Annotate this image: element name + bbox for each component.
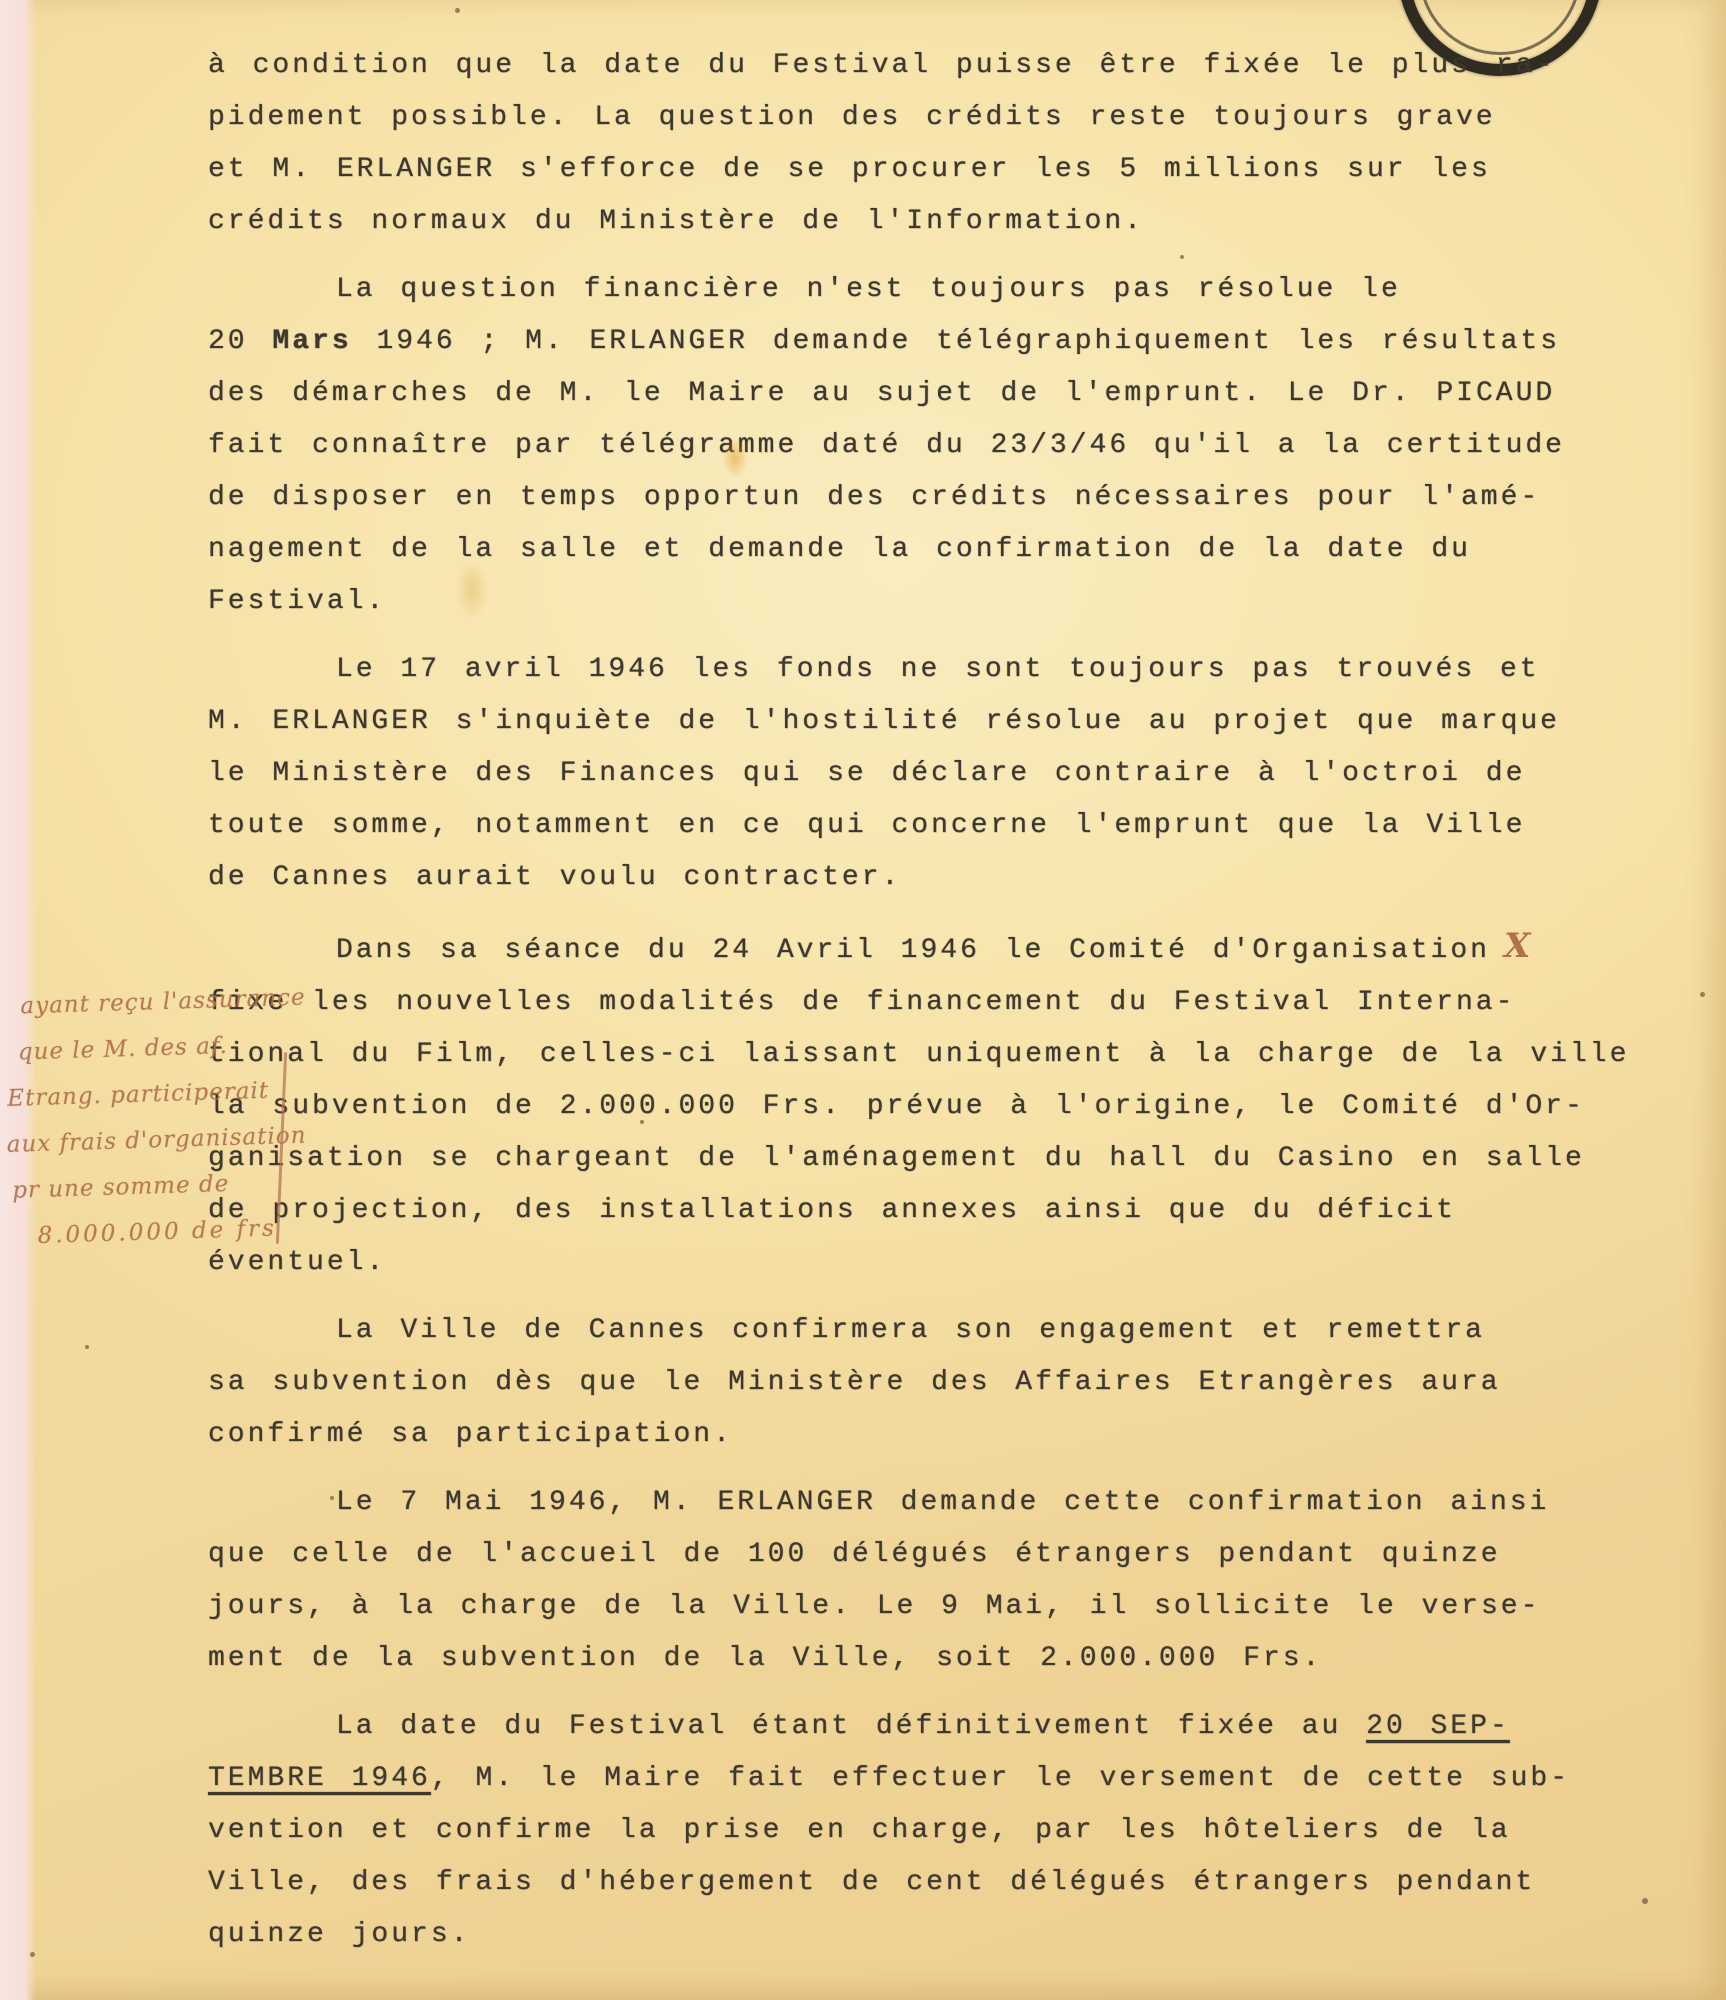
- document-page: à condition que la date du Festival puis…: [0, 0, 1726, 2000]
- paragraph: La question financière n'est toujours pa…: [208, 264, 1670, 628]
- text-line: de Cannes aurait voulu contracter.: [208, 852, 1670, 904]
- text-line: 20 Mars 1946 ; M. ERLANGER demande télég…: [208, 316, 1670, 368]
- text-segment: le Ministère des Finances qui se déclare…: [208, 758, 1525, 789]
- text-segment: ganisation se chargeant de l'aménagement…: [208, 1143, 1585, 1174]
- text-segment: la subvention de 2.000.000 Frs. prévue à…: [208, 1091, 1585, 1122]
- text-segment: Le 17 avril 1946 les fonds ne sont toujo…: [336, 654, 1540, 685]
- text-line: jours, à la charge de la Ville. Le 9 Mai…: [208, 1581, 1670, 1633]
- paper-speck: [30, 1952, 35, 1957]
- text-segment: toute somme, notamment en ce qui concern…: [208, 810, 1525, 841]
- paragraph: Le 7 Mai 1946, M. ERLANGER demande cette…: [208, 1477, 1670, 1685]
- text-line: de disposer en temps opportun des crédit…: [208, 472, 1670, 524]
- text-segment: Le 7 Mai 1946, M. ERLANGER demande cette…: [336, 1487, 1549, 1518]
- text-line: toute somme, notamment en ce qui concern…: [208, 800, 1670, 852]
- text-segment: La Ville de Cannes confirmera son engage…: [336, 1315, 1485, 1346]
- text-segment: fixe les nouvelles modalités de financem…: [208, 987, 1515, 1018]
- text-segment: pidement possible. La question des crédi…: [208, 102, 1496, 133]
- text-segment: La date du Festival étant définitivement…: [336, 1711, 1366, 1742]
- text-line: La Ville de Cannes confirmera son engage…: [208, 1305, 1670, 1357]
- text-segment: jours, à la charge de la Ville. Le 9 Mai…: [208, 1591, 1540, 1622]
- paper-speck: [1642, 1898, 1648, 1904]
- text-line: La date du Festival étant définitivement…: [208, 1701, 1670, 1753]
- text-line: ganisation se chargeant de l'aménagement…: [208, 1133, 1670, 1185]
- text-line: confirmé sa participation.: [208, 1409, 1670, 1461]
- text-segment: Ville, des frais d'hébergement de cent d…: [208, 1867, 1535, 1898]
- text-line: pidement possible. La question des crédi…: [208, 92, 1670, 144]
- paragraph: La date du Festival étant définitivement…: [208, 1701, 1670, 1961]
- text-line: tional du Film, celles-ci laissant uniqu…: [208, 1029, 1670, 1081]
- text-segment: vention et confirme la prise en charge, …: [208, 1815, 1511, 1846]
- text-segment: fait connaître par télégramme daté du 23…: [208, 430, 1565, 461]
- text-segment: quinze jours.: [208, 1919, 470, 1950]
- text-segment: confirmé sa participation.: [208, 1419, 733, 1450]
- text-line: et M. ERLANGER s'efforce de se procurer …: [208, 144, 1670, 196]
- text-segment: La question financière n'est toujours pa…: [336, 274, 1401, 305]
- text-segment: 1946 ; M. ERLANGER demande télégraphique…: [352, 326, 1560, 357]
- margin-note: ayant reçu l'assuranceque le M. des af.E…: [2, 976, 261, 1260]
- text-line: éventuel.: [208, 1237, 1670, 1289]
- text-segment: M. ERLANGER s'inquiète de l'hostilité ré…: [208, 706, 1560, 737]
- paper-speck: [640, 1120, 644, 1124]
- margin-note-line: Etrang. participerait: [5, 1068, 256, 1122]
- text-line: Ville, des frais d'hébergement de cent d…: [208, 1857, 1670, 1909]
- text-segment: de projection, des installations annexes…: [208, 1195, 1456, 1226]
- text-segment: à condition que la date du Festival puis…: [208, 50, 1555, 81]
- text-line: La question financière n'est toujours pa…: [208, 264, 1670, 316]
- text-segment: ment de la subvention de la Ville, soit …: [208, 1643, 1322, 1674]
- text-segment: de disposer en temps opportun des crédit…: [208, 482, 1540, 513]
- text-segment: crédits normaux du Ministère de l'Inform…: [208, 206, 1144, 237]
- text-segment: 20 SEP-: [1366, 1711, 1510, 1742]
- text-line: vention et confirme la prise en charge, …: [208, 1805, 1670, 1857]
- text-line: sa subvention dès que le Ministère des A…: [208, 1357, 1670, 1409]
- text-line: Le 7 Mai 1946, M. ERLANGER demande cette…: [208, 1477, 1670, 1529]
- text-line: de projection, des installations annexes…: [208, 1185, 1670, 1237]
- margin-note-line: 8.000.000 de frs: [9, 1206, 260, 1260]
- paragraph: Le 17 avril 1946 les fonds ne sont toujo…: [208, 644, 1670, 904]
- text-line: crédits normaux du Ministère de l'Inform…: [208, 196, 1670, 248]
- text-line: à condition que la date du Festival puis…: [208, 40, 1670, 92]
- text-line: des démarches de M. le Maire au sujet de…: [208, 368, 1670, 420]
- text-segment: 20: [208, 326, 272, 357]
- text-line: quinze jours.: [208, 1909, 1670, 1961]
- text-line: TEMBRE 1946, M. le Maire fait effectuer …: [208, 1753, 1670, 1805]
- text-segment: Dans sa séance du 24 Avril 1946 le Comit…: [336, 935, 1490, 966]
- text-line: ment de la subvention de la Ville, soit …: [208, 1633, 1670, 1685]
- text-line: fixe les nouvelles modalités de financem…: [208, 977, 1670, 1029]
- text-segment: nagement de la salle et demande la confi…: [208, 534, 1471, 565]
- paper-speck: [85, 1345, 89, 1349]
- text-segment: sa subvention dès que le Ministère des A…: [208, 1367, 1501, 1398]
- text-line: Le 17 avril 1946 les fonds ne sont toujo…: [208, 644, 1670, 696]
- paper-speck: [1700, 992, 1705, 997]
- paper-speck: [1180, 255, 1184, 259]
- text-segment: Mars: [272, 326, 351, 357]
- text-segment: des démarches de M. le Maire au sujet de…: [208, 378, 1555, 409]
- text-segment: tional du Film, celles-ci laissant uniqu…: [208, 1039, 1629, 1070]
- margin-note-line: ayant reçu l'assurance: [2, 976, 253, 1030]
- text-line: que celle de l'accueil de 100 délégués é…: [208, 1529, 1670, 1581]
- text-segment: de Cannes aurait voulu contracter.: [208, 862, 901, 893]
- paper-speck: [330, 1496, 334, 1500]
- text-segment: et M. ERLANGER s'efforce de se procurer …: [208, 154, 1491, 185]
- text-line: la subvention de 2.000.000 Frs. prévue à…: [208, 1081, 1670, 1133]
- handwritten-x-mark: X: [1504, 926, 1530, 966]
- text-line: Festival.: [208, 576, 1670, 628]
- text-line: le Ministère des Finances qui se déclare…: [208, 748, 1670, 800]
- text-segment: TEMBRE 1946: [208, 1763, 431, 1794]
- text-line: nagement de la salle et demande la confi…: [208, 524, 1670, 576]
- margin-note-line: aux frais d'organisation: [6, 1114, 257, 1168]
- text-line: M. ERLANGER s'inquiète de l'hostilité ré…: [208, 696, 1670, 748]
- text-segment: , M. le Maire fait effectuer le versemen…: [431, 1763, 1570, 1794]
- paragraph: Dans sa séance du 24 Avril 1946 le Comit…: [208, 920, 1670, 1289]
- text-segment: que celle de l'accueil de 100 délégués é…: [208, 1539, 1501, 1570]
- paper-speck: [455, 8, 460, 13]
- text-line: fait connaître par télégramme daté du 23…: [208, 420, 1670, 472]
- margin-note-line: que le M. des af.: [3, 1022, 254, 1076]
- margin-note-line: pr une somme de: [8, 1160, 259, 1214]
- paragraph: La Ville de Cannes confirmera son engage…: [208, 1305, 1670, 1461]
- paragraph: à condition que la date du Festival puis…: [208, 40, 1670, 248]
- text-segment: Festival.: [208, 586, 386, 617]
- text-line: Dans sa séance du 24 Avril 1946 le Comit…: [208, 920, 1670, 977]
